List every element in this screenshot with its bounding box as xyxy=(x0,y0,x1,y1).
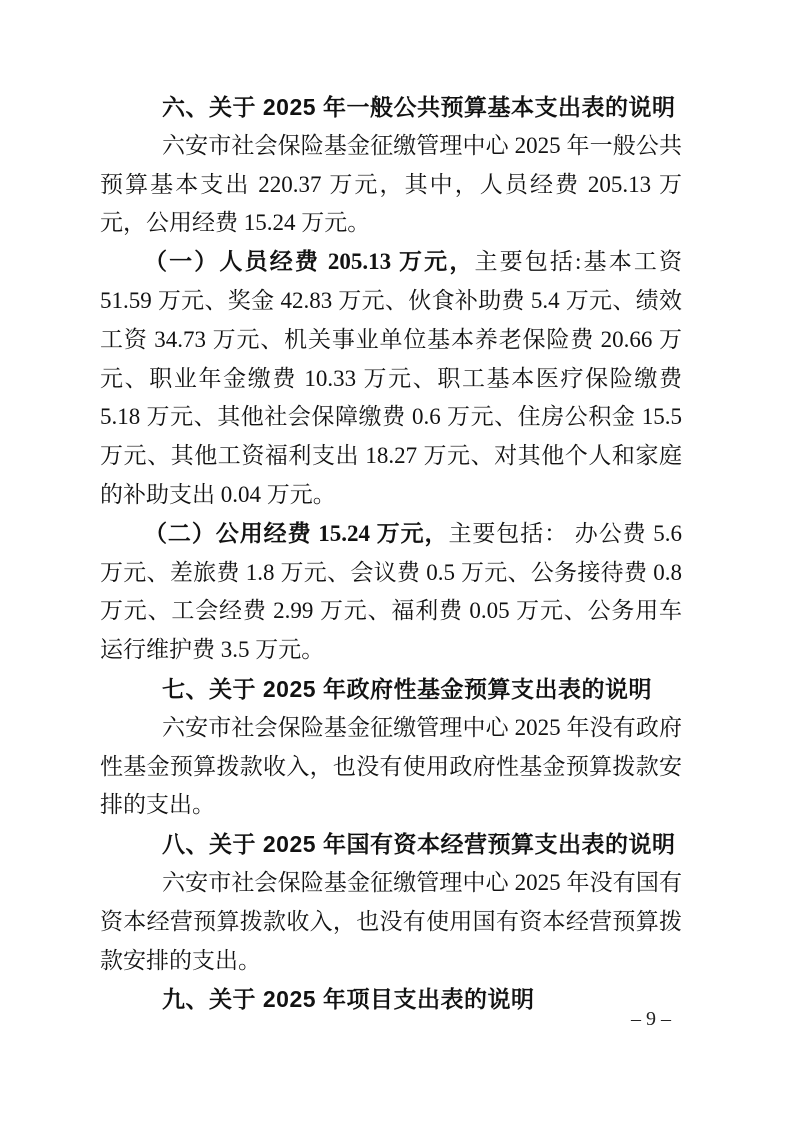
paragraph: （一）人员经费 205.13 万元，主要包括:基本工资 51.59 万元、奖金 … xyxy=(100,243,682,515)
section-heading: 六、关于 2025 年一般公共预算基本支出表的说明 xyxy=(100,88,682,127)
section-heading: 八、关于 2025 年国有资本经营预算支出表的说明 xyxy=(100,825,682,864)
page-number: – 9 – xyxy=(596,1008,706,1031)
section-heading: 七、关于 2025 年政府性基金预算支出表的说明 xyxy=(100,670,682,709)
paragraph: 六安市社会保险基金征缴管理中心 2025 年一般公共预算基本支出 220.37 … xyxy=(100,127,682,243)
document-content: 六、关于 2025 年一般公共预算基本支出表的说明六安市社会保险基金征缴管理中心… xyxy=(100,88,682,1019)
page-number-label: – 9 – xyxy=(631,1008,671,1030)
paragraph: 六安市社会保险基金征缴管理中心 2025 年没有政府性基金预算拨款收入，也没有使… xyxy=(100,709,682,825)
section-heading: 九、关于 2025 年项目支出表的说明 xyxy=(100,980,682,1019)
paragraph-lead: （二）公用经费 15.24 万元， xyxy=(144,521,448,546)
document-page: 六、关于 2025 年一般公共预算基本支出表的说明六安市社会保险基金征缴管理中心… xyxy=(0,0,793,1122)
paragraph: （二）公用经费 15.24 万元，主要包括： 办公费 5.6 万元、差旅费 1.… xyxy=(100,515,682,670)
paragraph: 六安市社会保险基金征缴管理中心 2025 年没有国有资本经营预算拨款收入，也没有… xyxy=(100,864,682,980)
paragraph-lead: （一）人员经费 205.13 万元， xyxy=(144,249,474,274)
